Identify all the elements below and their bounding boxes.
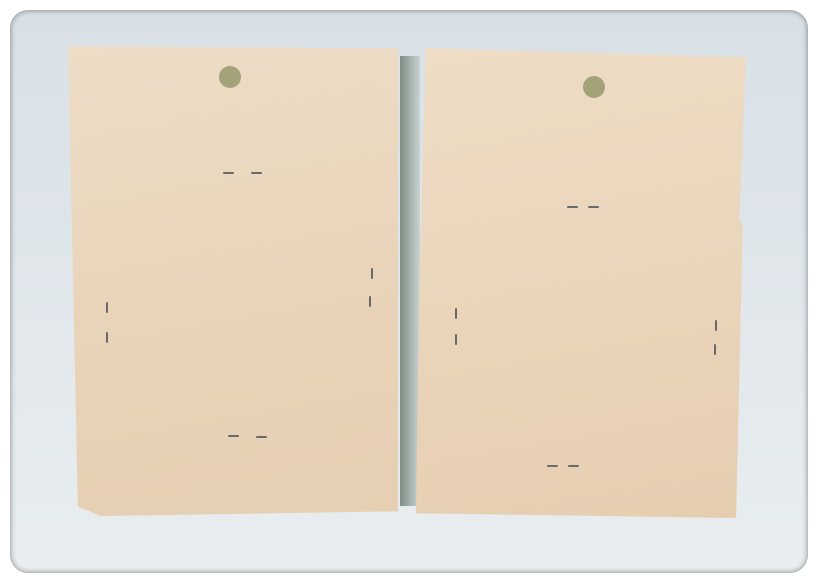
- right-card: [416, 48, 746, 518]
- staple: [106, 302, 108, 313]
- staple: [715, 320, 717, 331]
- photo-frame: [10, 10, 808, 573]
- staple: [568, 465, 579, 467]
- frame-corner: [798, 563, 808, 573]
- left-card: [68, 46, 398, 516]
- hang-hole: [583, 76, 605, 98]
- card-shadow: [400, 56, 420, 506]
- staple: [567, 206, 578, 208]
- staple: [588, 206, 599, 208]
- staple: [455, 334, 457, 345]
- staple: [369, 296, 371, 307]
- hang-hole: [219, 66, 241, 88]
- staple: [547, 465, 558, 467]
- staple: [714, 344, 716, 355]
- staple: [223, 172, 234, 174]
- frame-corner: [10, 10, 20, 20]
- staple: [455, 308, 457, 319]
- staple: [106, 332, 108, 343]
- staple: [371, 268, 373, 279]
- staple: [228, 435, 239, 437]
- staple: [256, 436, 267, 438]
- staple: [251, 172, 262, 174]
